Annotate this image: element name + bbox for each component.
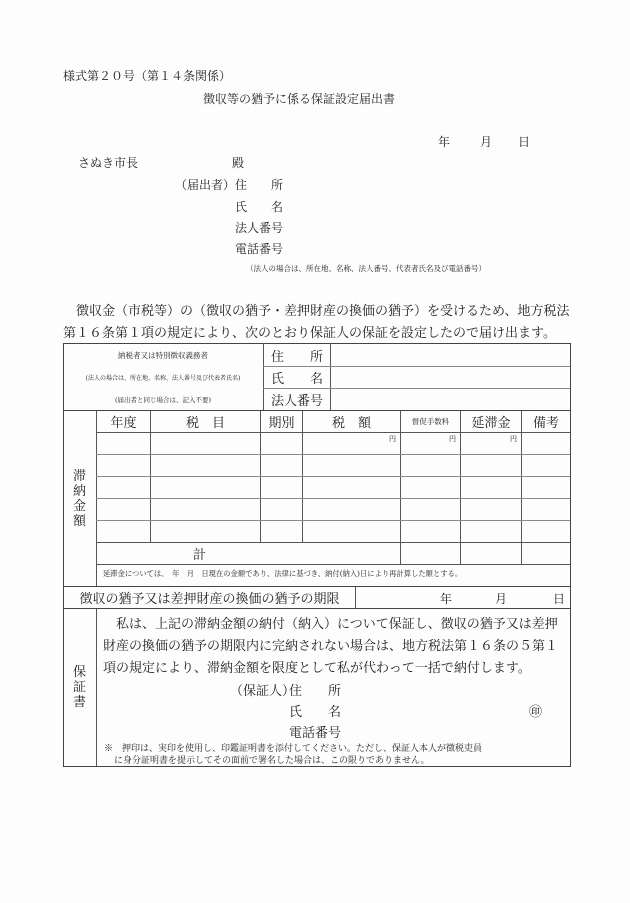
taxpayer-label-same-note: (届出者と同じ場合は、記入不要) — [63, 388, 263, 410]
seal-mark: ㊞ — [529, 701, 542, 720]
guarantee-side-label: 保 証 書 — [63, 609, 96, 766]
notifier-label: （届出者） — [175, 176, 235, 193]
total-remarks[interactable] — [522, 543, 570, 564]
col-header-period: 期別 — [261, 411, 302, 432]
guarantor-name-label: 氏 名 — [289, 701, 341, 720]
taxpayer-corp-number-label: 法人番号 — [264, 388, 330, 410]
arrears-side-label: 滞 納 金 額 — [63, 411, 96, 587]
deadline-month-label: 月 — [495, 590, 507, 607]
remarks-cell[interactable] — [522, 455, 570, 476]
guarantee-text-line-1: 私は、上記の滞納金額の納付（納入）について保証し、徴収の猶予又は差押 — [103, 613, 558, 632]
tax-amount-cell[interactable] — [303, 499, 400, 520]
notifier-corp-number-label: 法人番号 — [235, 219, 283, 236]
tax-amount-cell[interactable] — [303, 455, 400, 476]
delinquency-charge-unit: 円 — [510, 434, 517, 444]
col-header-tax-amount: 税 額 — [303, 411, 400, 432]
form-title: 徴収等の猶予に係る保証設定届出書 — [203, 90, 395, 107]
notifier-phone-label: 電話番号 — [235, 240, 283, 257]
fiscal-year-cell[interactable] — [97, 433, 150, 454]
guarantor-label: （保証人） — [230, 680, 295, 699]
remarks-cell[interactable] — [522, 433, 570, 454]
remarks-cell[interactable] — [522, 521, 570, 542]
total-delinquency-charge[interactable] — [461, 543, 521, 564]
date-month-label: 月 — [480, 133, 492, 150]
intro-line-1: 徴収金（市税等）の（徴収の猶予・差押財産の換価の猶予）を受けるため、地方税法 — [63, 300, 569, 319]
guarantor-address-label: 住 所 — [289, 680, 341, 699]
taxpayer-name-label: 氏 名 — [264, 366, 330, 388]
delinquency-charge-cell[interactable] — [461, 499, 521, 520]
delinquency-charge-note: 延滞金については、 年 月 日現在の金額であり、法律に基づき、納付(納入)日によ… — [103, 569, 462, 579]
deadline-label: 徴収の猶予又は差押財産の換価の猶予の期限 — [64, 587, 355, 608]
tax-amount-cell[interactable] — [303, 477, 400, 498]
guarantee-footnote-line-2: に身分証明書を提示してその面前で署名した場合は、この限りでありません。 — [114, 753, 430, 766]
taxpayer-label-corp-note: (法人の場合は、所在地、名称、法人番号及び代表者氏名) — [63, 366, 263, 388]
period-cell[interactable] — [261, 521, 302, 542]
taxpayer-corp-number-field[interactable] — [334, 389, 568, 409]
tax-item-cell[interactable] — [151, 433, 260, 454]
total-tax-amount[interactable] — [303, 543, 400, 564]
tax-amount-cell[interactable] — [303, 521, 400, 542]
taxpayer-name-field[interactable] — [334, 367, 568, 387]
notifier-corp-note: （法人の場合は、所在地、名称、法人番号、代表者氏名及び電話番号） — [246, 263, 486, 274]
fiscal-year-cell[interactable] — [97, 499, 150, 520]
period-cell[interactable] — [261, 499, 302, 520]
tax-amount-unit: 円 — [389, 434, 396, 444]
col-header-fiscal-year: 年度 — [97, 411, 150, 432]
tax-amount-cell[interactable] — [303, 433, 388, 454]
tax-item-cell[interactable] — [151, 521, 260, 542]
addressee-honorific: 殿 — [232, 154, 244, 171]
deadline-year-label: 年 — [440, 590, 452, 607]
demand-fee-cell[interactable] — [401, 499, 460, 520]
remarks-cell[interactable] — [522, 499, 570, 520]
taxpayer-address-field[interactable] — [334, 345, 568, 365]
delinquency-charge-cell[interactable] — [461, 521, 521, 542]
period-cell[interactable] — [261, 433, 302, 454]
intro-line-2: 第１６条第１項の規定により、次のとおり保証人の保証を設定したので届け出ます。 — [63, 322, 556, 341]
col-header-tax-item: 税 目 — [151, 411, 260, 432]
demand-fee-unit: 円 — [449, 434, 456, 444]
notifier-address-label: 住 所 — [235, 176, 283, 193]
col-header-delinquency-charge: 延滞金 — [461, 411, 521, 432]
fiscal-year-cell[interactable] — [97, 455, 150, 476]
guarantee-text-line-3: 項の規定により、滞納金額を限度として私が代わって一括で納付します。 — [103, 657, 531, 676]
period-cell[interactable] — [261, 477, 302, 498]
taxpayer-label-main: 納税者又は特別徴収義務者 — [63, 344, 263, 366]
fiscal-year-cell[interactable] — [97, 477, 150, 498]
fiscal-year-cell[interactable] — [97, 521, 150, 542]
tax-item-cell[interactable] — [151, 455, 260, 476]
col-header-remarks: 備考 — [522, 411, 570, 432]
total-label: 計 — [97, 543, 302, 564]
demand-fee-cell[interactable] — [401, 477, 460, 498]
period-cell[interactable] — [261, 455, 302, 476]
notifier-name-label: 氏 名 — [235, 198, 283, 215]
addressee-name: さぬき市長 — [78, 154, 138, 171]
delinquency-charge-cell[interactable] — [461, 433, 509, 454]
tax-item-cell[interactable] — [151, 499, 260, 520]
tax-item-cell[interactable] — [151, 477, 260, 498]
guarantor-phone-label: 電話番号 — [289, 722, 341, 741]
date-day-label: 日 — [518, 133, 530, 150]
date-year-label: 年 — [438, 133, 450, 150]
guarantee-text-line-2: 財産の換価の猶予の期限内に完納されない場合は、地方税法第１６条の５第１ — [103, 635, 558, 654]
demand-fee-cell[interactable] — [401, 455, 460, 476]
remarks-cell[interactable] — [522, 477, 570, 498]
col-header-demand-fee: 督促手数料 — [401, 411, 460, 432]
demand-fee-cell[interactable] — [401, 433, 448, 454]
form-number: 様式第２０号（第１４条関係） — [63, 67, 231, 84]
delinquency-charge-cell[interactable] — [461, 455, 521, 476]
demand-fee-cell[interactable] — [401, 521, 460, 542]
taxpayer-address-label: 住 所 — [264, 344, 330, 366]
total-demand-fee[interactable] — [401, 543, 460, 564]
deadline-day-label: 日 — [553, 590, 565, 607]
delinquency-charge-cell[interactable] — [461, 477, 521, 498]
